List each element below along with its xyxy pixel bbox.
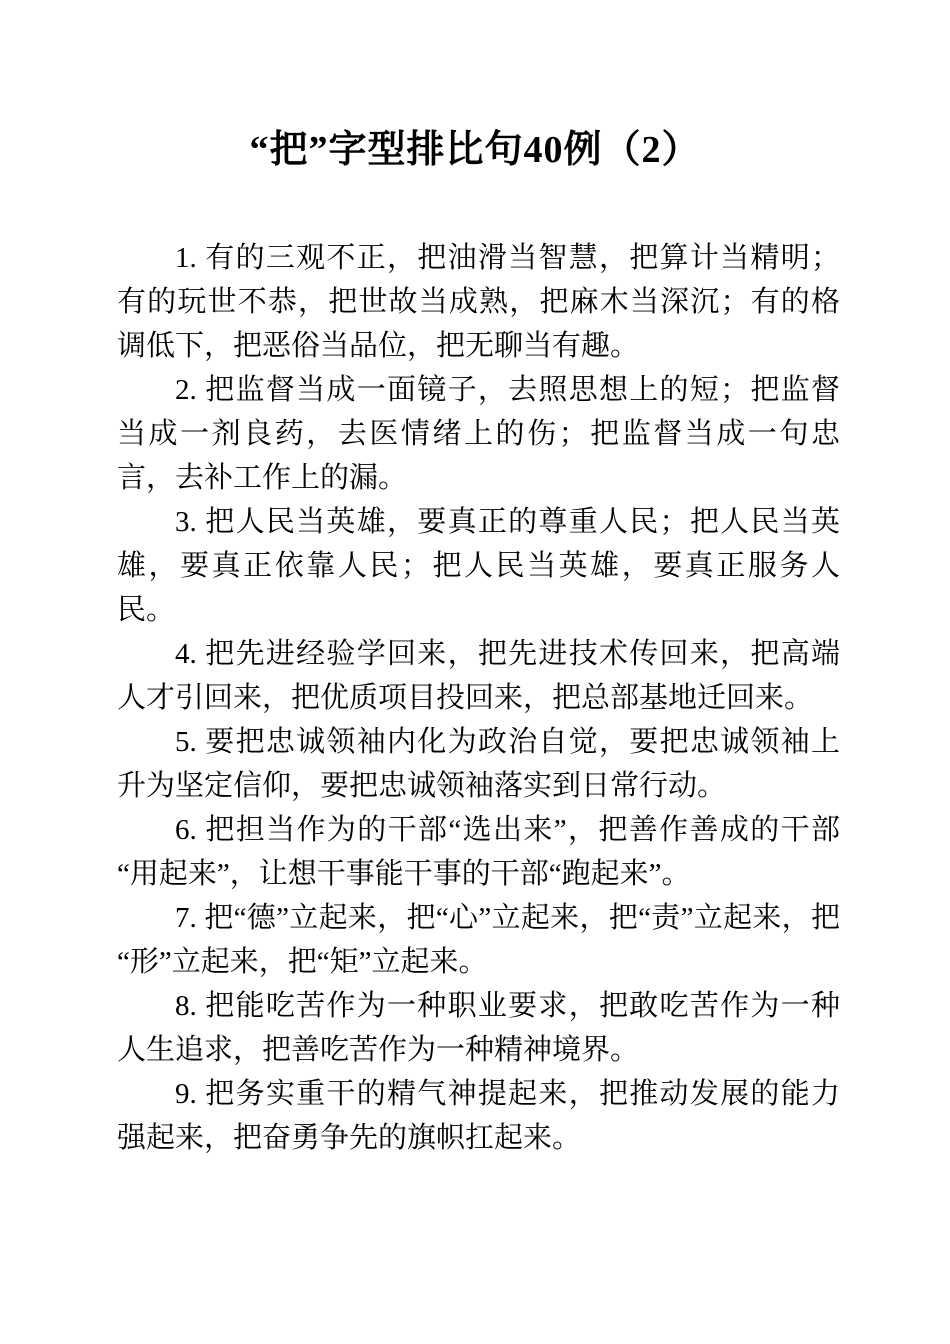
paragraph-8: 8. 把能吃苦作为一种职业要求，把敢吃苦作为一种人生追求，把善吃苦作为一种精神境… (117, 984, 840, 1072)
paragraph-2: 2. 把监督当成一面镜子，去照思想上的短；把监督当成一剂良药，去医情绪上的伤；把… (117, 368, 840, 500)
paragraph-9: 9. 把务实重干的精气神提起来，把推动发展的能力强起来，把奋勇争先的旗帜扛起来。 (117, 1072, 840, 1160)
paragraph-3: 3. 把人民当英雄，要真正的尊重人民；把人民当英雄，要真正依靠人民；把人民当英雄… (117, 500, 840, 632)
paragraph-1: 1. 有的三观不正，把油滑当智慧，把算计当精明；有的玩世不恭，把世故当成熟，把麻… (117, 236, 840, 368)
page-title: “把”字型排比句40例（2） (0, 0, 950, 173)
paragraph-5: 5. 要把忠诚领袖内化为政治自觉，要把忠诚领袖上升为坚定信仰，要把忠诚领袖落实到… (117, 720, 840, 808)
paragraph-4: 4. 把先进经验学回来，把先进技术传回来，把高端人才引回来，把优质项目投回来，把… (117, 632, 840, 720)
document-page: “把”字型排比句40例（2） 1. 有的三观不正，把油滑当智慧，把算计当精明；有… (0, 0, 950, 1344)
document-body: 1. 有的三观不正，把油滑当智慧，把算计当精明；有的玩世不恭，把世故当成熟，把麻… (117, 236, 840, 1160)
paragraph-6: 6. 把担当作为的干部“选出来”，把善作善成的干部“用起来”，让想干事能干事的干… (117, 808, 840, 896)
paragraph-7: 7. 把“德”立起来，把“心”立起来，把“责”立起来，把“形”立起来，把“矩”立… (117, 896, 840, 984)
